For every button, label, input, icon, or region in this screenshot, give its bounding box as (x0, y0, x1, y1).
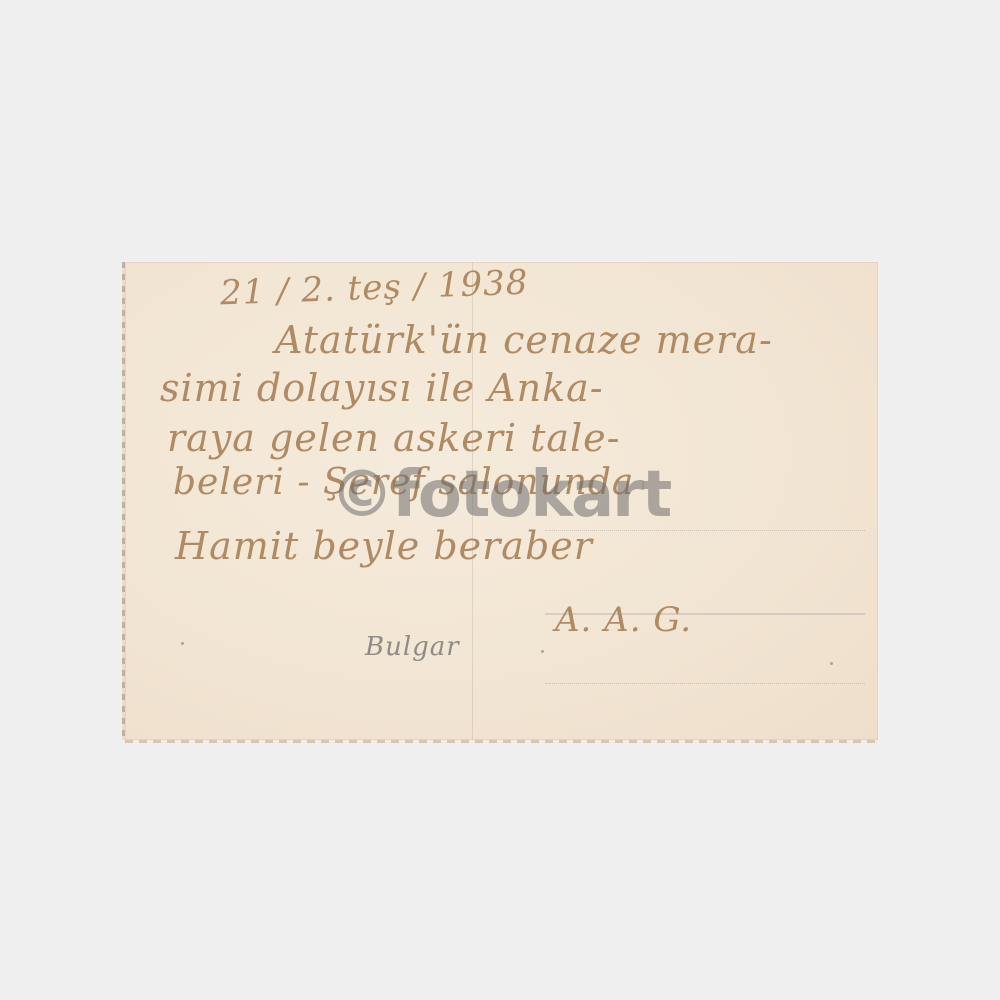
paper-speck (830, 662, 833, 665)
paper-speck (541, 650, 544, 653)
pencil-note: Bulgar (365, 632, 460, 662)
paper-speck (181, 642, 184, 645)
postcard-back: 21 / 2. teş / 1938 Atatürk'ün cenaze mer… (125, 262, 878, 740)
message-line: simi dolayısı ile Anka- (160, 366, 604, 410)
watermark: ©fotokart (330, 458, 670, 532)
signature: A. A. G. (555, 600, 692, 640)
handwritten-date: 21 / 2. teş / 1938 (219, 263, 529, 314)
address-line (545, 683, 865, 684)
message-line: Atatürk'ün cenaze mera- (275, 318, 773, 362)
message-line: raya gelen askeri tale- (167, 416, 621, 460)
